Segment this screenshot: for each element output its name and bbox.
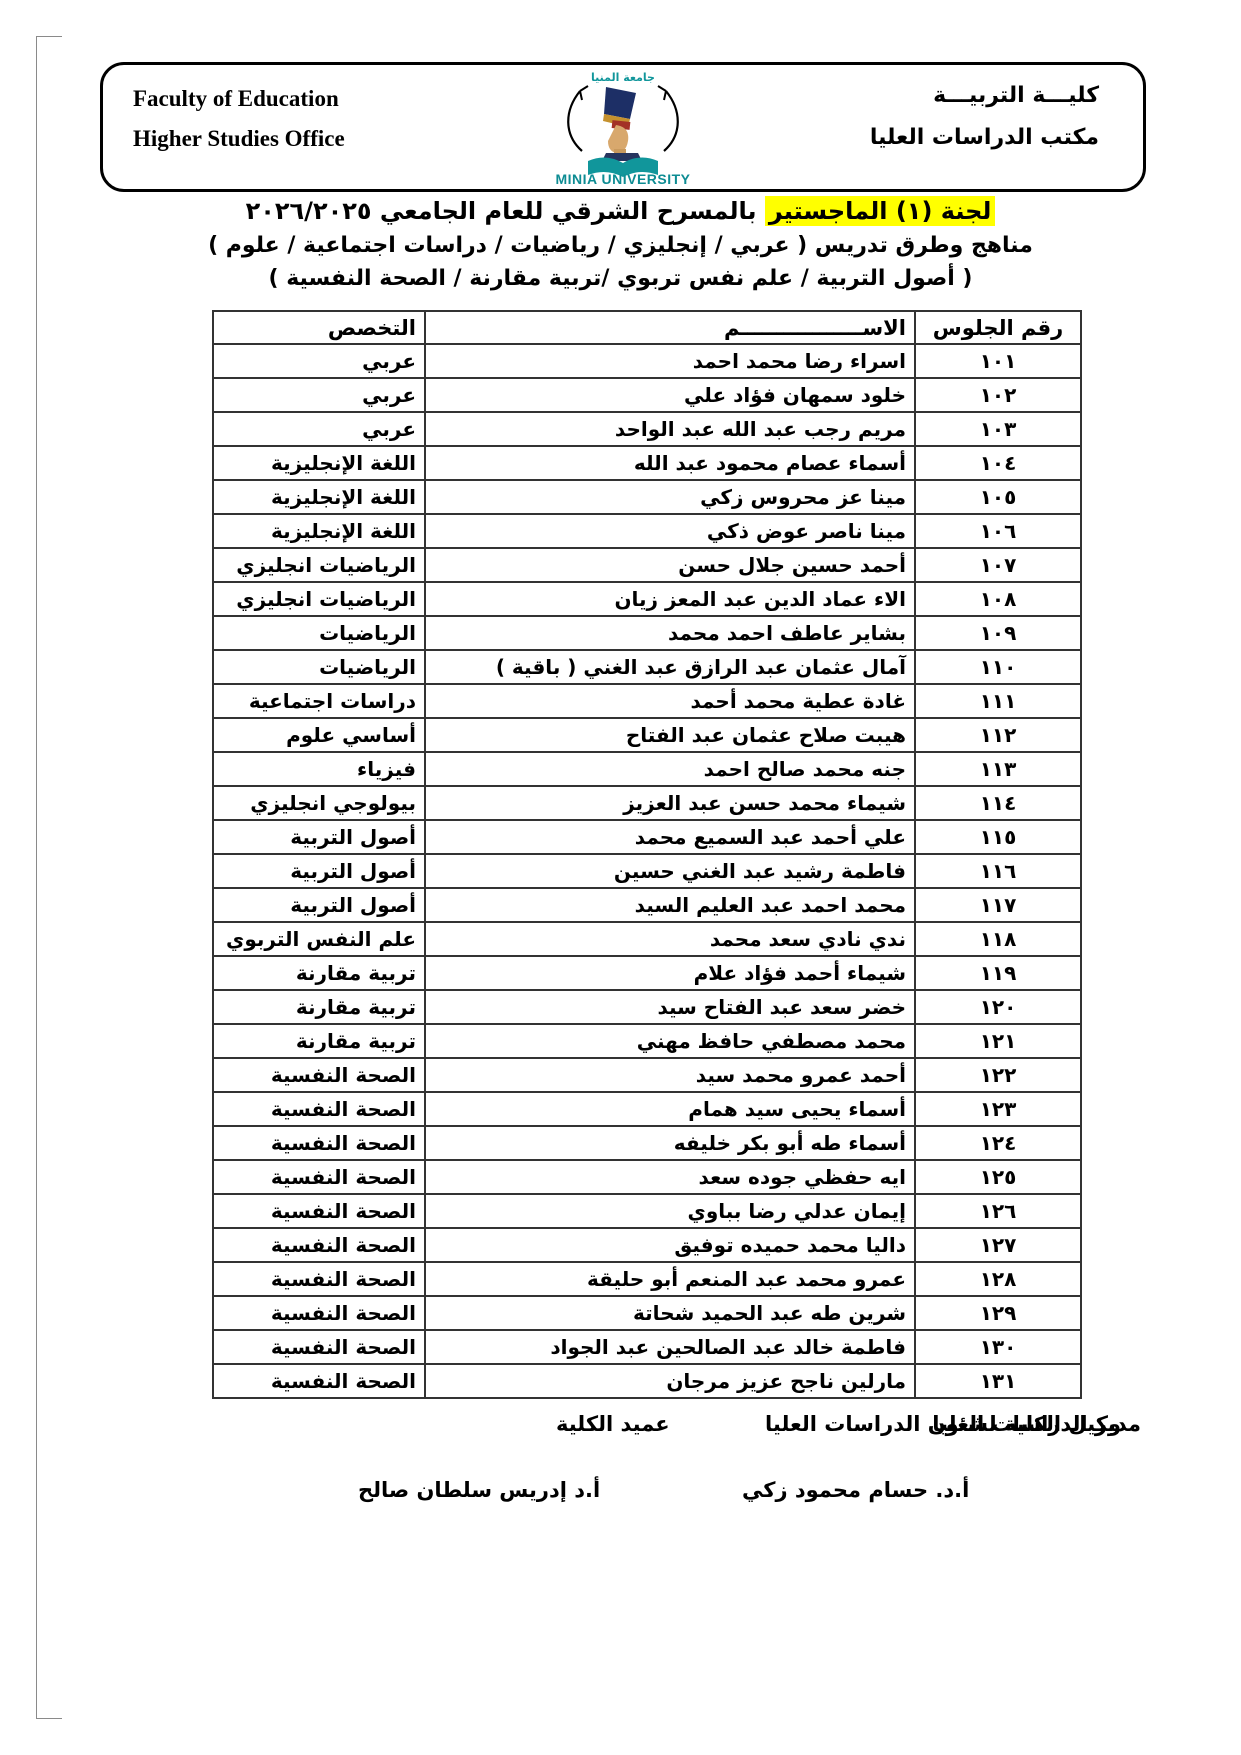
cell-seat: ١١٤ bbox=[915, 786, 1081, 820]
cell-major: الصحة النفسية bbox=[213, 1262, 425, 1296]
cell-name: شرين طه عبد الحميد شحاتة bbox=[425, 1296, 915, 1330]
cell-major: الصحة النفسية bbox=[213, 1058, 425, 1092]
cell-major: عربي bbox=[213, 378, 425, 412]
cell-name: أسماء عصام محمود عبد الله bbox=[425, 446, 915, 480]
table-row: ١٠٧أحمد حسين جلال حسنالرياضيات انجليزي bbox=[213, 548, 1081, 582]
table-row: ١١٩شيماء أحمد فؤاد علامتربية مقارنة bbox=[213, 956, 1081, 990]
table-row: ١٣١مارلين ناجح عزيز مرجانالصحة النفسية bbox=[213, 1364, 1081, 1398]
table-row: ١١٢هيبت صلاح عثمان عبد الفتاحأساسي علوم bbox=[213, 718, 1081, 752]
cell-seat: ١٢٨ bbox=[915, 1262, 1081, 1296]
cell-seat: ١٢٦ bbox=[915, 1194, 1081, 1228]
cell-name: اسراء رضا محمد احمد bbox=[425, 344, 915, 378]
table-row: ١٢٧داليا محمد حميده توفيقالصحة النفسية bbox=[213, 1228, 1081, 1262]
cell-name: أحمد حسين جلال حسن bbox=[425, 548, 915, 582]
faculty-line2: Higher Studies Office bbox=[133, 119, 345, 159]
cell-seat: ١٠٩ bbox=[915, 616, 1081, 650]
table-row: ١٣٠فاطمة خالد عبد الصالحين عبد الجوادالص… bbox=[213, 1330, 1081, 1364]
faculty-arabic-line1: كليـــة التربيـــة bbox=[870, 75, 1099, 117]
cell-seat: ١٠١ bbox=[915, 344, 1081, 378]
cell-name: فاطمة خالد عبد الصالحين عبد الجواد bbox=[425, 1330, 915, 1364]
faculty-line1: Faculty of Education bbox=[133, 79, 345, 119]
cell-major: الصحة النفسية bbox=[213, 1126, 425, 1160]
letterhead-box: Faculty of Education Higher Studies Offi… bbox=[100, 62, 1146, 192]
cell-name: داليا محمد حميده توفيق bbox=[425, 1228, 915, 1262]
cell-name: جنه محمد صالح احمد bbox=[425, 752, 915, 786]
table-row: ١١٤شيماء محمد حسن عبد العزيزبيولوجي انجل… bbox=[213, 786, 1081, 820]
table-row: ١١٨ندي نادي سعد محمدعلم النفس التربوي bbox=[213, 922, 1081, 956]
cell-seat: ١١٢ bbox=[915, 718, 1081, 752]
cell-name: غادة عطية محمد أحمد bbox=[425, 684, 915, 718]
table-row: ١٢٣أسماء يحيى سيد همامالصحة النفسية bbox=[213, 1092, 1081, 1126]
table-row: ١٢٤أسماء طه أبو بكر خليفهالصحة النفسية bbox=[213, 1126, 1081, 1160]
table-header-row: رقم الجلوس الاســـــــــــــــــم التخصص bbox=[213, 311, 1081, 344]
cell-major: بيولوجي انجليزي bbox=[213, 786, 425, 820]
cell-major: اللغة الإنجليزية bbox=[213, 514, 425, 548]
table-row: ١١٧محمد احمد عبد العليم السيدأصول التربي… bbox=[213, 888, 1081, 922]
committee-title-line: لجنة (١) الماجستير بالمسرح الشرقي للعام … bbox=[0, 197, 1241, 225]
cell-major: الصحة النفسية bbox=[213, 1296, 425, 1330]
faculty-arabic-line2: مكتب الدراسات العليا bbox=[870, 117, 1099, 159]
cell-name: محمد احمد عبد العليم السيد bbox=[425, 888, 915, 922]
faculty-name-arabic: كليـــة التربيـــة مكتب الدراسات العليا bbox=[870, 75, 1099, 159]
faculty-name-english: Faculty of Education Higher Studies Offi… bbox=[133, 79, 345, 159]
cell-major: الصحة النفسية bbox=[213, 1092, 425, 1126]
table-row: ١٢١محمد مصطفي حافظ مهنيتربية مقارنة bbox=[213, 1024, 1081, 1058]
cell-seat: ١٣٠ bbox=[915, 1330, 1081, 1364]
cell-major: الصحة النفسية bbox=[213, 1194, 425, 1228]
cell-name: شيماء أحمد فؤاد علام bbox=[425, 956, 915, 990]
cell-seat: ١٢٩ bbox=[915, 1296, 1081, 1330]
table-row: ١٢٠خضر سعد عبد الفتاح سيدتربية مقارنة bbox=[213, 990, 1081, 1024]
footer-title-vice-dean: وكيل الكلية لشئون الدراسات العليا bbox=[765, 1412, 1121, 1436]
cell-name: خضر سعد عبد الفتاح سيد bbox=[425, 990, 915, 1024]
logo-caption-text: MINIA UNIVERSITY bbox=[555, 171, 690, 187]
cell-seat: ١١٧ bbox=[915, 888, 1081, 922]
cell-seat: ١٠٣ bbox=[915, 412, 1081, 446]
cell-name: ايه حفظي جوده سعد bbox=[425, 1160, 915, 1194]
table-row: ١٠٦مينا ناصر عوض ذكياللغة الإنجليزية bbox=[213, 514, 1081, 548]
students-table-wrap: رقم الجلوس الاســـــــــــــــــم التخصص… bbox=[212, 310, 1082, 1399]
cell-name: آمال عثمان عبد الرازق عبد الغني ( باقية … bbox=[425, 650, 915, 684]
students-table: رقم الجلوس الاســـــــــــــــــم التخصص… bbox=[212, 310, 1082, 1399]
cell-seat: ١١١ bbox=[915, 684, 1081, 718]
table-row: ١٠٥مينا عز محروس زكياللغة الإنجليزية bbox=[213, 480, 1081, 514]
cell-seat: ١٢٥ bbox=[915, 1160, 1081, 1194]
cell-seat: ١٢٠ bbox=[915, 990, 1081, 1024]
cell-seat: ١١٨ bbox=[915, 922, 1081, 956]
cell-major: اللغة الإنجليزية bbox=[213, 446, 425, 480]
cell-name: مارلين ناجح عزيز مرجان bbox=[425, 1364, 915, 1398]
cell-name: مينا ناصر عوض ذكي bbox=[425, 514, 915, 548]
cell-major: تربية مقارنة bbox=[213, 990, 425, 1024]
scan-edge-tick bbox=[36, 1718, 62, 1719]
cell-seat: ١٠٧ bbox=[915, 548, 1081, 582]
header-name: الاســـــــــــــــــم bbox=[425, 311, 915, 344]
cell-major: عربي bbox=[213, 412, 425, 446]
table-row: ١١٥علي أحمد عبد السميع محمدأصول التربية bbox=[213, 820, 1081, 854]
cell-name: أسماء طه أبو بكر خليفه bbox=[425, 1126, 915, 1160]
cell-name: أحمد عمرو محمد سيد bbox=[425, 1058, 915, 1092]
table-row: ١٢٨عمرو محمد عبد المنعم أبو حليقةالصحة ا… bbox=[213, 1262, 1081, 1296]
cell-major: أساسي علوم bbox=[213, 718, 425, 752]
cell-seat: ١٠٦ bbox=[915, 514, 1081, 548]
cell-major: تربية مقارنة bbox=[213, 1024, 425, 1058]
cell-major: عربي bbox=[213, 344, 425, 378]
cell-major: الصحة النفسية bbox=[213, 1364, 425, 1398]
footer-title-dean: عميد الكلية bbox=[556, 1412, 670, 1436]
cell-name: ندي نادي سعد محمد bbox=[425, 922, 915, 956]
table-row: ١١٣جنه محمد صالح احمدفيزياء bbox=[213, 752, 1081, 786]
cell-seat: ١٢١ bbox=[915, 1024, 1081, 1058]
majors-line-2: ( أصول التربية / علم نفس تربوي /تربية مق… bbox=[0, 266, 1241, 291]
table-row: ١٠١اسراء رضا محمد احمدعربي bbox=[213, 344, 1081, 378]
cell-major: دراسات اجتماعية bbox=[213, 684, 425, 718]
majors-line-1: مناهج وطرق تدريس ( عربي / إنجليزي / رياض… bbox=[0, 233, 1241, 258]
cell-major: الصحة النفسية bbox=[213, 1330, 425, 1364]
cell-major: فيزياء bbox=[213, 752, 425, 786]
table-row: ١٢٦إيمان عدلي رضا بباويالصحة النفسية bbox=[213, 1194, 1081, 1228]
table-row: ١١١غادة عطية محمد أحمددراسات اجتماعية bbox=[213, 684, 1081, 718]
footer-signature-vice-dean: أ.د. حسام محمود زكي bbox=[742, 1478, 969, 1502]
committee-title-rest: بالمسرح الشرقي للعام الجامعي ٢٠٢٦/٢٠٢٥ bbox=[246, 197, 757, 225]
table-row: ١٠٢خلود سمهان فؤاد عليعربي bbox=[213, 378, 1081, 412]
cell-name: عمرو محمد عبد المنعم أبو حليقة bbox=[425, 1262, 915, 1296]
cell-seat: ١١٣ bbox=[915, 752, 1081, 786]
table-row: ١٠٣مريم رجب عبد الله عبد الواحدعربي bbox=[213, 412, 1081, 446]
cell-seat: ١١٦ bbox=[915, 854, 1081, 888]
cell-seat: ١٢٢ bbox=[915, 1058, 1081, 1092]
cell-seat: ١٢٣ bbox=[915, 1092, 1081, 1126]
cell-seat: ١٠٤ bbox=[915, 446, 1081, 480]
cell-name: علي أحمد عبد السميع محمد bbox=[425, 820, 915, 854]
document-page: Faculty of Education Higher Studies Offi… bbox=[0, 0, 1241, 1755]
table-row: ١١٠آمال عثمان عبد الرازق عبد الغني ( باق… bbox=[213, 650, 1081, 684]
cell-major: علم النفس التربوي bbox=[213, 922, 425, 956]
table-row: ١٢٩شرين طه عبد الحميد شحاتةالصحة النفسية bbox=[213, 1296, 1081, 1330]
cell-major: أصول التربية bbox=[213, 888, 425, 922]
scan-edge-tick bbox=[36, 36, 62, 37]
cell-major: الرياضيات انجليزي bbox=[213, 548, 425, 582]
table-row: ١٢٥ايه حفظي جوده سعدالصحة النفسية bbox=[213, 1160, 1081, 1194]
cell-major: الرياضيات bbox=[213, 650, 425, 684]
cell-major: الرياضيات انجليزي bbox=[213, 582, 425, 616]
cell-seat: ١١٠ bbox=[915, 650, 1081, 684]
university-logo: جامعة المنيا MINIA UNIVERSITY bbox=[528, 69, 718, 187]
table-row: ١١٦فاطمة رشيد عبد الغني حسينأصول التربية bbox=[213, 854, 1081, 888]
cell-name: فاطمة رشيد عبد الغني حسين bbox=[425, 854, 915, 888]
table-row: ١٢٢أحمد عمرو محمد سيدالصحة النفسية bbox=[213, 1058, 1081, 1092]
cell-major: الصحة النفسية bbox=[213, 1160, 425, 1194]
cell-major: أصول التربية bbox=[213, 854, 425, 888]
table-row: ١٠٩بشاير عاطف احمد محمدالرياضيات bbox=[213, 616, 1081, 650]
header-major: التخصص bbox=[213, 311, 425, 344]
cell-major: اللغة الإنجليزية bbox=[213, 480, 425, 514]
table-row: ١٠٨الاء عماد الدين عبد المعز زيانالرياضي… bbox=[213, 582, 1081, 616]
minia-university-logo-icon: جامعة المنيا MINIA UNIVERSITY bbox=[528, 69, 718, 187]
cell-seat: ١٠٢ bbox=[915, 378, 1081, 412]
header-seat-number: رقم الجلوس bbox=[915, 311, 1081, 344]
cell-name: إيمان عدلي رضا بباوي bbox=[425, 1194, 915, 1228]
cell-seat: ١٠٥ bbox=[915, 480, 1081, 514]
students-table-body: ١٠١اسراء رضا محمد احمدعربي١٠٢خلود سمهان … bbox=[213, 344, 1081, 1398]
cell-major: الصحة النفسية bbox=[213, 1228, 425, 1262]
cell-name: الاء عماد الدين عبد المعز زيان bbox=[425, 582, 915, 616]
cell-seat: ١٣١ bbox=[915, 1364, 1081, 1398]
cell-seat: ١١٥ bbox=[915, 820, 1081, 854]
cell-name: شيماء محمد حسن عبد العزيز bbox=[425, 786, 915, 820]
logo-arabic-text: جامعة المنيا bbox=[591, 71, 655, 84]
cell-seat: ١١٩ bbox=[915, 956, 1081, 990]
cell-seat: ١٠٨ bbox=[915, 582, 1081, 616]
footer-signature-dean: أ.د إدريس سلطان صالح bbox=[358, 1478, 600, 1502]
cell-name: خلود سمهان فؤاد علي bbox=[425, 378, 915, 412]
table-row: ١٠٤أسماء عصام محمود عبد اللهاللغة الإنجل… bbox=[213, 446, 1081, 480]
cell-seat: ١٢٤ bbox=[915, 1126, 1081, 1160]
cell-name: هيبت صلاح عثمان عبد الفتاح bbox=[425, 718, 915, 752]
cell-name: مريم رجب عبد الله عبد الواحد bbox=[425, 412, 915, 446]
cell-name: أسماء يحيى سيد همام bbox=[425, 1092, 915, 1126]
cell-name: بشاير عاطف احمد محمد bbox=[425, 616, 915, 650]
cell-major: تربية مقارنة bbox=[213, 956, 425, 990]
cell-seat: ١٢٧ bbox=[915, 1228, 1081, 1262]
cell-major: الرياضيات bbox=[213, 616, 425, 650]
cell-name: مينا عز محروس زكي bbox=[425, 480, 915, 514]
cell-name: محمد مصطفي حافظ مهني bbox=[425, 1024, 915, 1058]
committee-highlight: لجنة (١) الماجستير bbox=[765, 196, 996, 226]
cell-major: أصول التربية bbox=[213, 820, 425, 854]
